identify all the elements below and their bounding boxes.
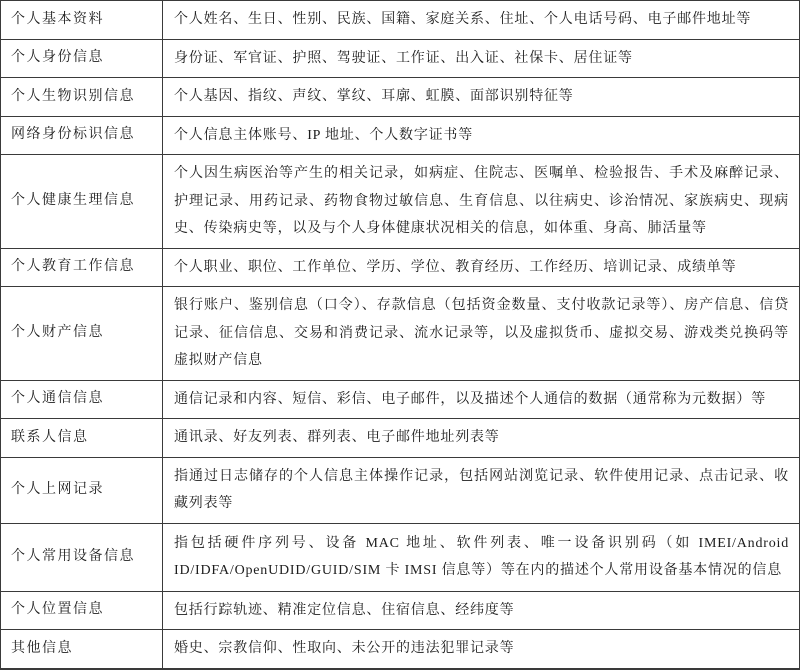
table-row: 个人财产信息 银行账户、鉴别信息（口令）、存款信息（包括资金数量、支付收款记录等… — [1, 286, 799, 380]
category-text: 网络身份标识信息 — [11, 122, 135, 148]
description-cell: 个人职业、职位、工作单位、学历、学位、教育经历、工作经历、培训记录、成绩单等 — [163, 249, 799, 287]
table-row: 个人常用设备信息 指包括硬件序列号、设备 MAC 地址、软件列表、唯一设备识别码… — [1, 523, 799, 591]
description-cell: 通信记录和内容、短信、彩信、电子邮件，以及描述个人通信的数据（通常称为元数据）等 — [163, 381, 799, 419]
description-cell: 婚史、宗教信仰、性取向、未公开的违法犯罪记录等 — [163, 630, 799, 668]
category-cell: 联系人信息 — [1, 419, 163, 457]
category-cell: 其他信息 — [1, 630, 163, 668]
table-row: 个人生物识别信息 个人基因、指纹、声纹、掌纹、耳廓、虹膜、面部识别特征等 — [1, 77, 799, 116]
category-cell: 个人健康生理信息 — [1, 155, 163, 248]
category-cell: 个人身份信息 — [1, 40, 163, 78]
description-cell: 个人姓名、生日、性别、民族、国籍、家庭关系、住址、个人电话号码、电子邮件地址等 — [163, 1, 799, 39]
description-cell: 包括行踪轨迹、精准定位信息、住宿信息、经纬度等 — [163, 592, 799, 630]
description-text: 个人因生病医治等产生的相关记录，如病症、住院志、医嘱单、检验报告、手术及麻醉记录… — [174, 160, 789, 243]
table-row: 个人教育工作信息 个人职业、职位、工作单位、学历、学位、教育经历、工作经历、培训… — [1, 248, 799, 287]
category-cell: 个人基本资料 — [1, 1, 163, 39]
description-text: 个人信息主体账号、IP 地址、个人数字证书等 — [174, 122, 789, 150]
table-row: 个人上网记录 指通过日志储存的个人信息主体操作记录，包括网站浏览记录、软件使用记… — [1, 457, 799, 523]
category-text: 个人基本资料 — [11, 7, 104, 33]
category-text: 其他信息 — [11, 636, 73, 662]
description-text: 包括行踪轨迹、精准定位信息、住宿信息、经纬度等 — [174, 597, 789, 625]
category-text: 个人身份信息 — [11, 45, 104, 71]
table-row: 个人身份信息 身份证、军官证、护照、驾驶证、工作证、出入证、社保卡、居住证等 — [1, 39, 799, 78]
description-cell: 个人基因、指纹、声纹、掌纹、耳廓、虹膜、面部识别特征等 — [163, 78, 799, 116]
category-cell: 个人上网记录 — [1, 458, 163, 523]
table-row: 个人位置信息 包括行踪轨迹、精准定位信息、住宿信息、经纬度等 — [1, 591, 799, 630]
table-row: 个人通信信息 通信记录和内容、短信、彩信、电子邮件，以及描述个人通信的数据（通常… — [1, 380, 799, 419]
category-cell: 网络身份标识信息 — [1, 117, 163, 155]
table-row: 个人基本资料 个人姓名、生日、性别、民族、国籍、家庭关系、住址、个人电话号码、电… — [1, 1, 799, 39]
description-cell: 银行账户、鉴别信息（口令）、存款信息（包括资金数量、支付收款记录等）、房产信息、… — [163, 287, 799, 380]
description-cell: 通讯录、好友列表、群列表、电子邮件地址列表等 — [163, 419, 799, 457]
table-row: 网络身份标识信息 个人信息主体账号、IP 地址、个人数字证书等 — [1, 116, 799, 155]
category-text: 个人位置信息 — [11, 597, 104, 623]
table-row: 其他信息 婚史、宗教信仰、性取向、未公开的违法犯罪记录等 — [1, 629, 799, 668]
category-cell: 个人财产信息 — [1, 287, 163, 380]
description-text: 通信记录和内容、短信、彩信、电子邮件，以及描述个人通信的数据（通常称为元数据）等 — [174, 386, 789, 414]
description-text: 银行账户、鉴别信息（口令）、存款信息（包括资金数量、支付收款记录等）、房产信息、… — [174, 292, 789, 375]
description-text: 个人职业、职位、工作单位、学历、学位、教育经历、工作经历、培训记录、成绩单等 — [174, 254, 789, 282]
description-text: 婚史、宗教信仰、性取向、未公开的违法犯罪记录等 — [174, 635, 789, 663]
category-text: 个人健康生理信息 — [11, 188, 135, 214]
description-cell: 身份证、军官证、护照、驾驶证、工作证、出入证、社保卡、居住证等 — [163, 40, 799, 78]
category-text: 个人常用设备信息 — [11, 544, 135, 570]
table-row: 个人健康生理信息 个人因生病医治等产生的相关记录，如病症、住院志、医嘱单、检验报… — [1, 154, 799, 248]
category-cell: 个人常用设备信息 — [1, 524, 163, 591]
description-cell: 个人信息主体账号、IP 地址、个人数字证书等 — [163, 117, 799, 155]
category-cell: 个人教育工作信息 — [1, 249, 163, 287]
description-cell: 指通过日志储存的个人信息主体操作记录，包括网站浏览记录、软件使用记录、点击记录、… — [163, 458, 799, 523]
category-text: 个人通信信息 — [11, 386, 104, 412]
personal-info-table: 个人基本资料 个人姓名、生日、性别、民族、国籍、家庭关系、住址、个人电话号码、电… — [0, 0, 800, 670]
description-text: 个人姓名、生日、性别、民族、国籍、家庭关系、住址、个人电话号码、电子邮件地址等 — [174, 6, 789, 34]
description-cell: 个人因生病医治等产生的相关记录，如病症、住院志、医嘱单、检验报告、手术及麻醉记录… — [163, 155, 799, 248]
category-text: 个人财产信息 — [11, 320, 104, 346]
description-text: 指包括硬件序列号、设备 MAC 地址、软件列表、唯一设备识别码（如 IMEI/A… — [174, 530, 789, 585]
description-text: 身份证、军官证、护照、驾驶证、工作证、出入证、社保卡、居住证等 — [174, 45, 789, 73]
category-text: 联系人信息 — [11, 425, 89, 451]
category-cell: 个人位置信息 — [1, 592, 163, 630]
description-text: 个人基因、指纹、声纹、掌纹、耳廓、虹膜、面部识别特征等 — [174, 83, 789, 111]
category-text: 个人上网记录 — [11, 477, 104, 503]
description-text: 指通过日志储存的个人信息主体操作记录，包括网站浏览记录、软件使用记录、点击记录、… — [174, 463, 789, 518]
description-cell: 指包括硬件序列号、设备 MAC 地址、软件列表、唯一设备识别码（如 IMEI/A… — [163, 524, 799, 591]
category-cell: 个人通信信息 — [1, 381, 163, 419]
category-cell: 个人生物识别信息 — [1, 78, 163, 116]
description-text: 通讯录、好友列表、群列表、电子邮件地址列表等 — [174, 424, 789, 452]
table-row: 联系人信息 通讯录、好友列表、群列表、电子邮件地址列表等 — [1, 418, 799, 457]
category-text: 个人生物识别信息 — [11, 84, 135, 110]
category-text: 个人教育工作信息 — [11, 254, 135, 280]
